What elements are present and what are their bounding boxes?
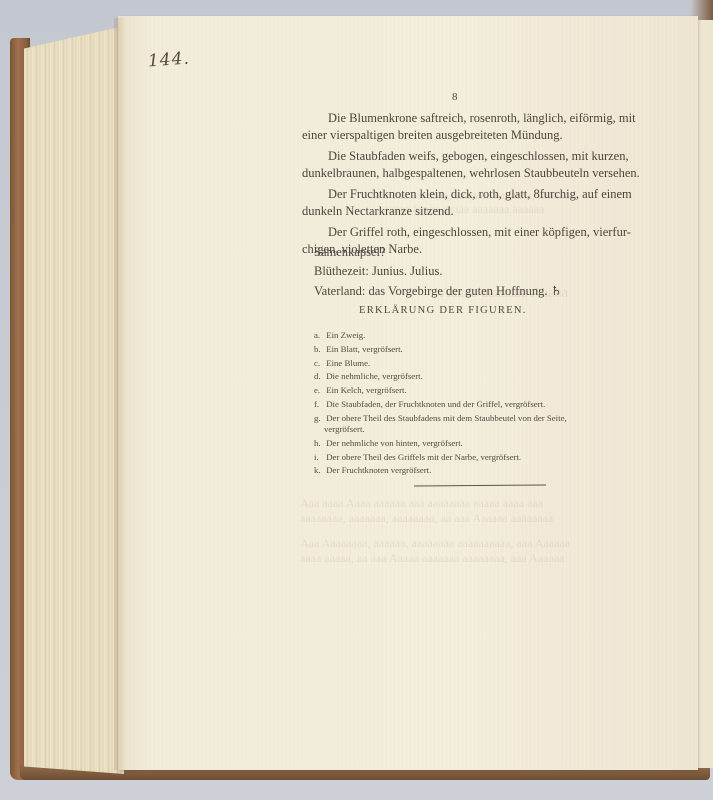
page-edge-stack [24,26,124,774]
figure-item: d. Die nehmliche, vergröfsert. [314,371,644,382]
gutter-shadow [114,18,126,770]
figure-text: Der obere Theil des Staubfadens mit dem … [326,413,566,423]
paragraph-corolla: Die Blumenkrone saftreich, rosenroth, lä… [300,110,632,144]
figure-letter: k. [314,465,324,476]
figure-item: k. Der Fruchtknoten vergröfsert. [314,465,644,476]
bleed-through-text: aaaaaaaa, aaaaaaa, aaaaaaaa, aa aaa Aaaa… [300,511,553,526]
figure-item: f. Die Staubfaden, der Fruchtknoten und … [314,399,644,410]
figure-text: Der obere Theil des Griffels mit der Nar… [326,452,521,462]
figure-letter: e. [314,385,324,396]
text-line: Der Griffel roth, eingeschlossen, mit ei… [300,224,632,241]
adjacent-page-edge [697,20,713,768]
figure-item: b. Ein Blatt, vergröfsert. [314,344,644,355]
seed-capsule-line: Samenkapsel? [314,245,386,260]
figure-text: Ein Kelch, vergröfsert. [326,385,406,395]
text-line: Die Blumenkrone saftreich, rosenroth, lä… [300,110,632,127]
paragraph-stamens: Die Staubfaden weifs, gebogen, eingeschl… [300,148,632,182]
figure-text: Ein Blatt, vergröfsert. [326,344,403,354]
figure-letter: g. [314,413,324,424]
figure-item: g. Der obere Theil des Staubfadens mit d… [314,413,644,435]
figure-text: Die nehmliche, vergröfsert. [326,371,423,381]
section-heading-figures: ERKLÄRUNG DER FIGUREN. [359,305,527,316]
figure-letter: i. [314,452,324,463]
figure-text: Der nehmliche von hinten, vergröfsert. [326,438,463,448]
flowering-time-line: Blüthezeit: Junius. Julius. [314,264,442,279]
text-line: dunkeln Nectarkranze sitzend. [288,203,632,220]
figure-letter: b. [314,344,324,355]
bleed-through-text: Aaa Aaaaaaaa, aaaaaa, aaaaaaaa aaaaaaaaa… [300,536,570,551]
text-line: einer vierspaltigen breiten ausgebreitet… [288,127,632,144]
figure-letter: d. [314,371,324,382]
paragraph-ovary: Der Fruchtknoten klein, dick, roth, glat… [300,186,632,220]
handwritten-folio-number: 144. [147,49,190,72]
figure-item: e. Ein Kelch, vergröfsert. [314,385,644,396]
figure-letter: f. [314,399,324,410]
figure-text: Eine Blume. [326,358,370,368]
figure-text: Die Staubfaden, der Fruchtknoten und der… [326,399,545,409]
bleed-through-text: aaaa aaaaa, aa aaa Aaaaa aaaaaaa aaaaaaa… [300,551,564,566]
figure-item: a. Ein Zweig. [314,330,644,341]
bleed-through-text: Aaa aaaa Aaaa aaaaaa aaa aaaaaaaa aaaaa … [300,496,543,511]
figure-letter: a. [314,330,324,341]
figure-letter: h. [314,438,324,449]
figure-text: Ein Zweig. [326,330,365,340]
figure-letter: c. [314,358,324,369]
figure-legend-list: a. Ein Zweig. b. Ein Blatt, vergröfsert.… [314,330,644,479]
figure-text: Der Fruchtknoten vergröfsert. [326,465,431,475]
figure-item: c. Eine Blume. [314,358,644,369]
figure-item: i. Der obere Theil des Griffels mit der … [314,452,644,463]
text-line: Die Staubfaden weifs, gebogen, eingeschl… [300,148,632,165]
native-land-line: Vaterland: das Vorgebirge der guten Hoff… [314,283,562,299]
description-text: Die Blumenkrone saftreich, rosenroth, lä… [300,110,632,262]
text-line: Der Fruchtknoten klein, dick, roth, glat… [300,186,632,203]
page-number: 8 [452,91,458,103]
text-line: dunkelbraunen, halbgespaltenen, wehrlose… [288,165,632,182]
figure-text-continuation: vergröfsert. [314,424,365,434]
figure-item: h. Der nehmliche von hinten, vergröfsert… [314,438,644,449]
